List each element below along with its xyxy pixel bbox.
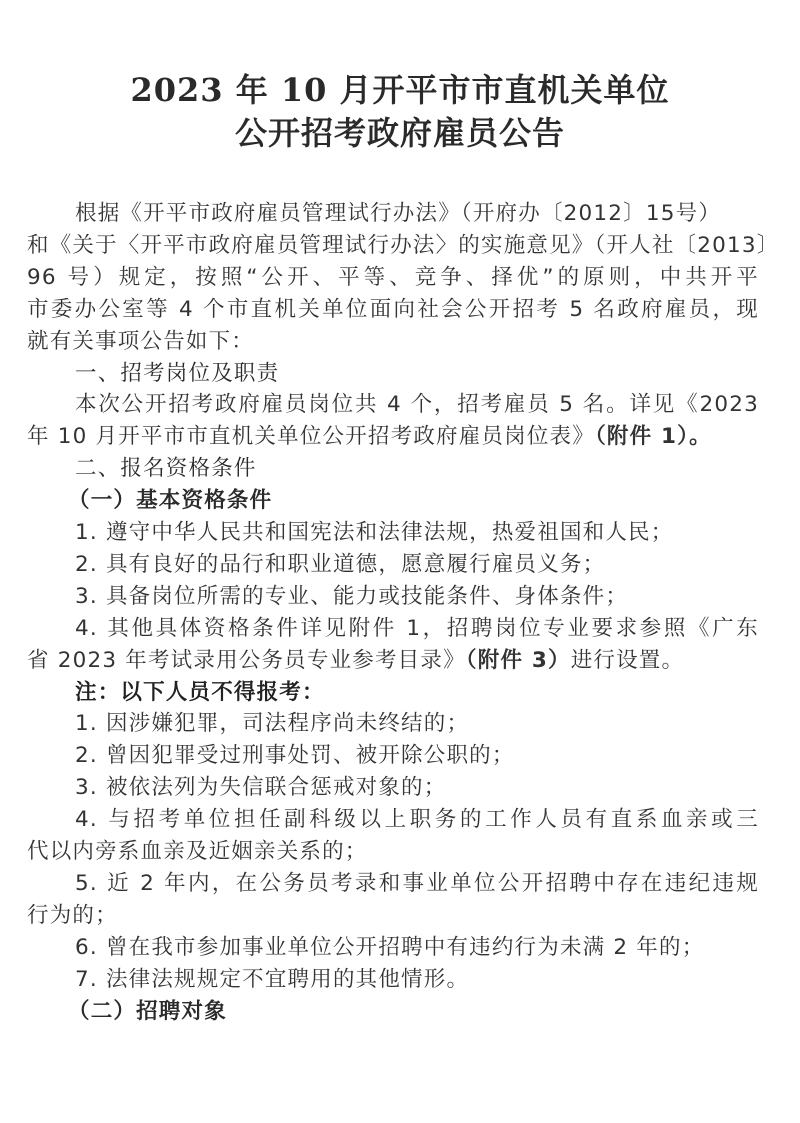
- list-item: 1. 遵守中华人民共和国宪法和法律法规，热爱祖国和人民；: [75, 517, 759, 549]
- document-title-line-2: 公开招考政府雇员公告: [0, 113, 800, 153]
- intro-line: 根据《开平市政府雇员管理试行办法》（开府办〔2012〕15号）: [75, 198, 759, 230]
- note-item: 行为的；: [27, 900, 759, 932]
- note-item: 5. 近 2 年内，在公务员考录和事业单位公开招聘中存在违纪违规: [75, 868, 759, 900]
- document-title-line-1: 2023 年 10 月开平市市直机关单位: [0, 70, 800, 110]
- section-heading-2: 二、报名资格条件: [75, 453, 800, 485]
- note-item: 2. 曾因犯罪受过刑事处罚、被开除公职的；: [75, 740, 759, 772]
- intro-line: 市委办公室等 4 个市直机关单位面向社会公开招考 5 名政府雇员，现: [27, 294, 759, 326]
- section-text: 本次公开招考政府雇员岗位共 4 个，招考雇员 5 名。详见《2023: [75, 389, 759, 421]
- list-item: 2. 具有良好的品行和职业道德，愿意履行雇员义务；: [75, 549, 759, 581]
- section-text: 年 10 月开平市市直机关单位公开招考政府雇员岗位表》（附件 1）。: [27, 421, 759, 453]
- list-item-part: 省 2023 年考试录用公务员专业参考目录》: [27, 648, 466, 673]
- subsection-heading-target: （二）招聘对象: [68, 996, 800, 1028]
- attachment-ref: （附件 3）: [466, 648, 571, 673]
- note-item: 7. 法律法规规定不宜聘用的其他情形。: [75, 964, 759, 996]
- subsection-heading-basic: （一）基本资格条件: [68, 485, 800, 517]
- note-heading: 注：以下人员不得报考：: [75, 677, 800, 709]
- note-item: 3. 被依法列为失信联合惩戒对象的；: [75, 772, 759, 804]
- list-item: 4. 其他具体资格条件详见附件 1，招聘岗位专业要求参照《广东: [75, 613, 759, 645]
- attachment-ref: （附件 1）。: [595, 424, 712, 449]
- intro-line: 就有关事项公告如下：: [27, 326, 759, 358]
- section-heading-1: 一、招考岗位及职责: [75, 358, 800, 390]
- list-item-part: 进行设置。: [571, 648, 685, 673]
- note-item: 代以内旁系血亲及近姻亲关系的；: [27, 836, 759, 868]
- intro-line: 96 号）规定，按照“公开、平等、竞争、择优”的原则，中共开平: [27, 262, 759, 294]
- note-item: 1. 因涉嫌犯罪，司法程序尚未终结的；: [75, 708, 759, 740]
- note-item: 6. 曾在我市参加事业单位公开招聘中有违约行为未满 2 年的；: [75, 932, 759, 964]
- note-item: 4. 与招考单位担任副科级以上职务的工作人员有直系血亲或三: [75, 804, 759, 836]
- list-item: 3. 具备岗位所需的专业、能力或技能条件、身体条件；: [75, 581, 759, 613]
- document-page: 2023 年 10 月开平市市直机关单位 公开招考政府雇员公告 根据《开平市政府…: [0, 0, 800, 1123]
- section-text-part: 年 10 月开平市市直机关单位公开招考政府雇员岗位表》: [27, 424, 595, 449]
- list-item: 省 2023 年考试录用公务员专业参考目录》（附件 3）进行设置。: [27, 645, 759, 677]
- intro-line: 和《关于〈开平市政府雇员管理试行办法〉的实施意见》（开人社〔2013〕: [27, 230, 759, 262]
